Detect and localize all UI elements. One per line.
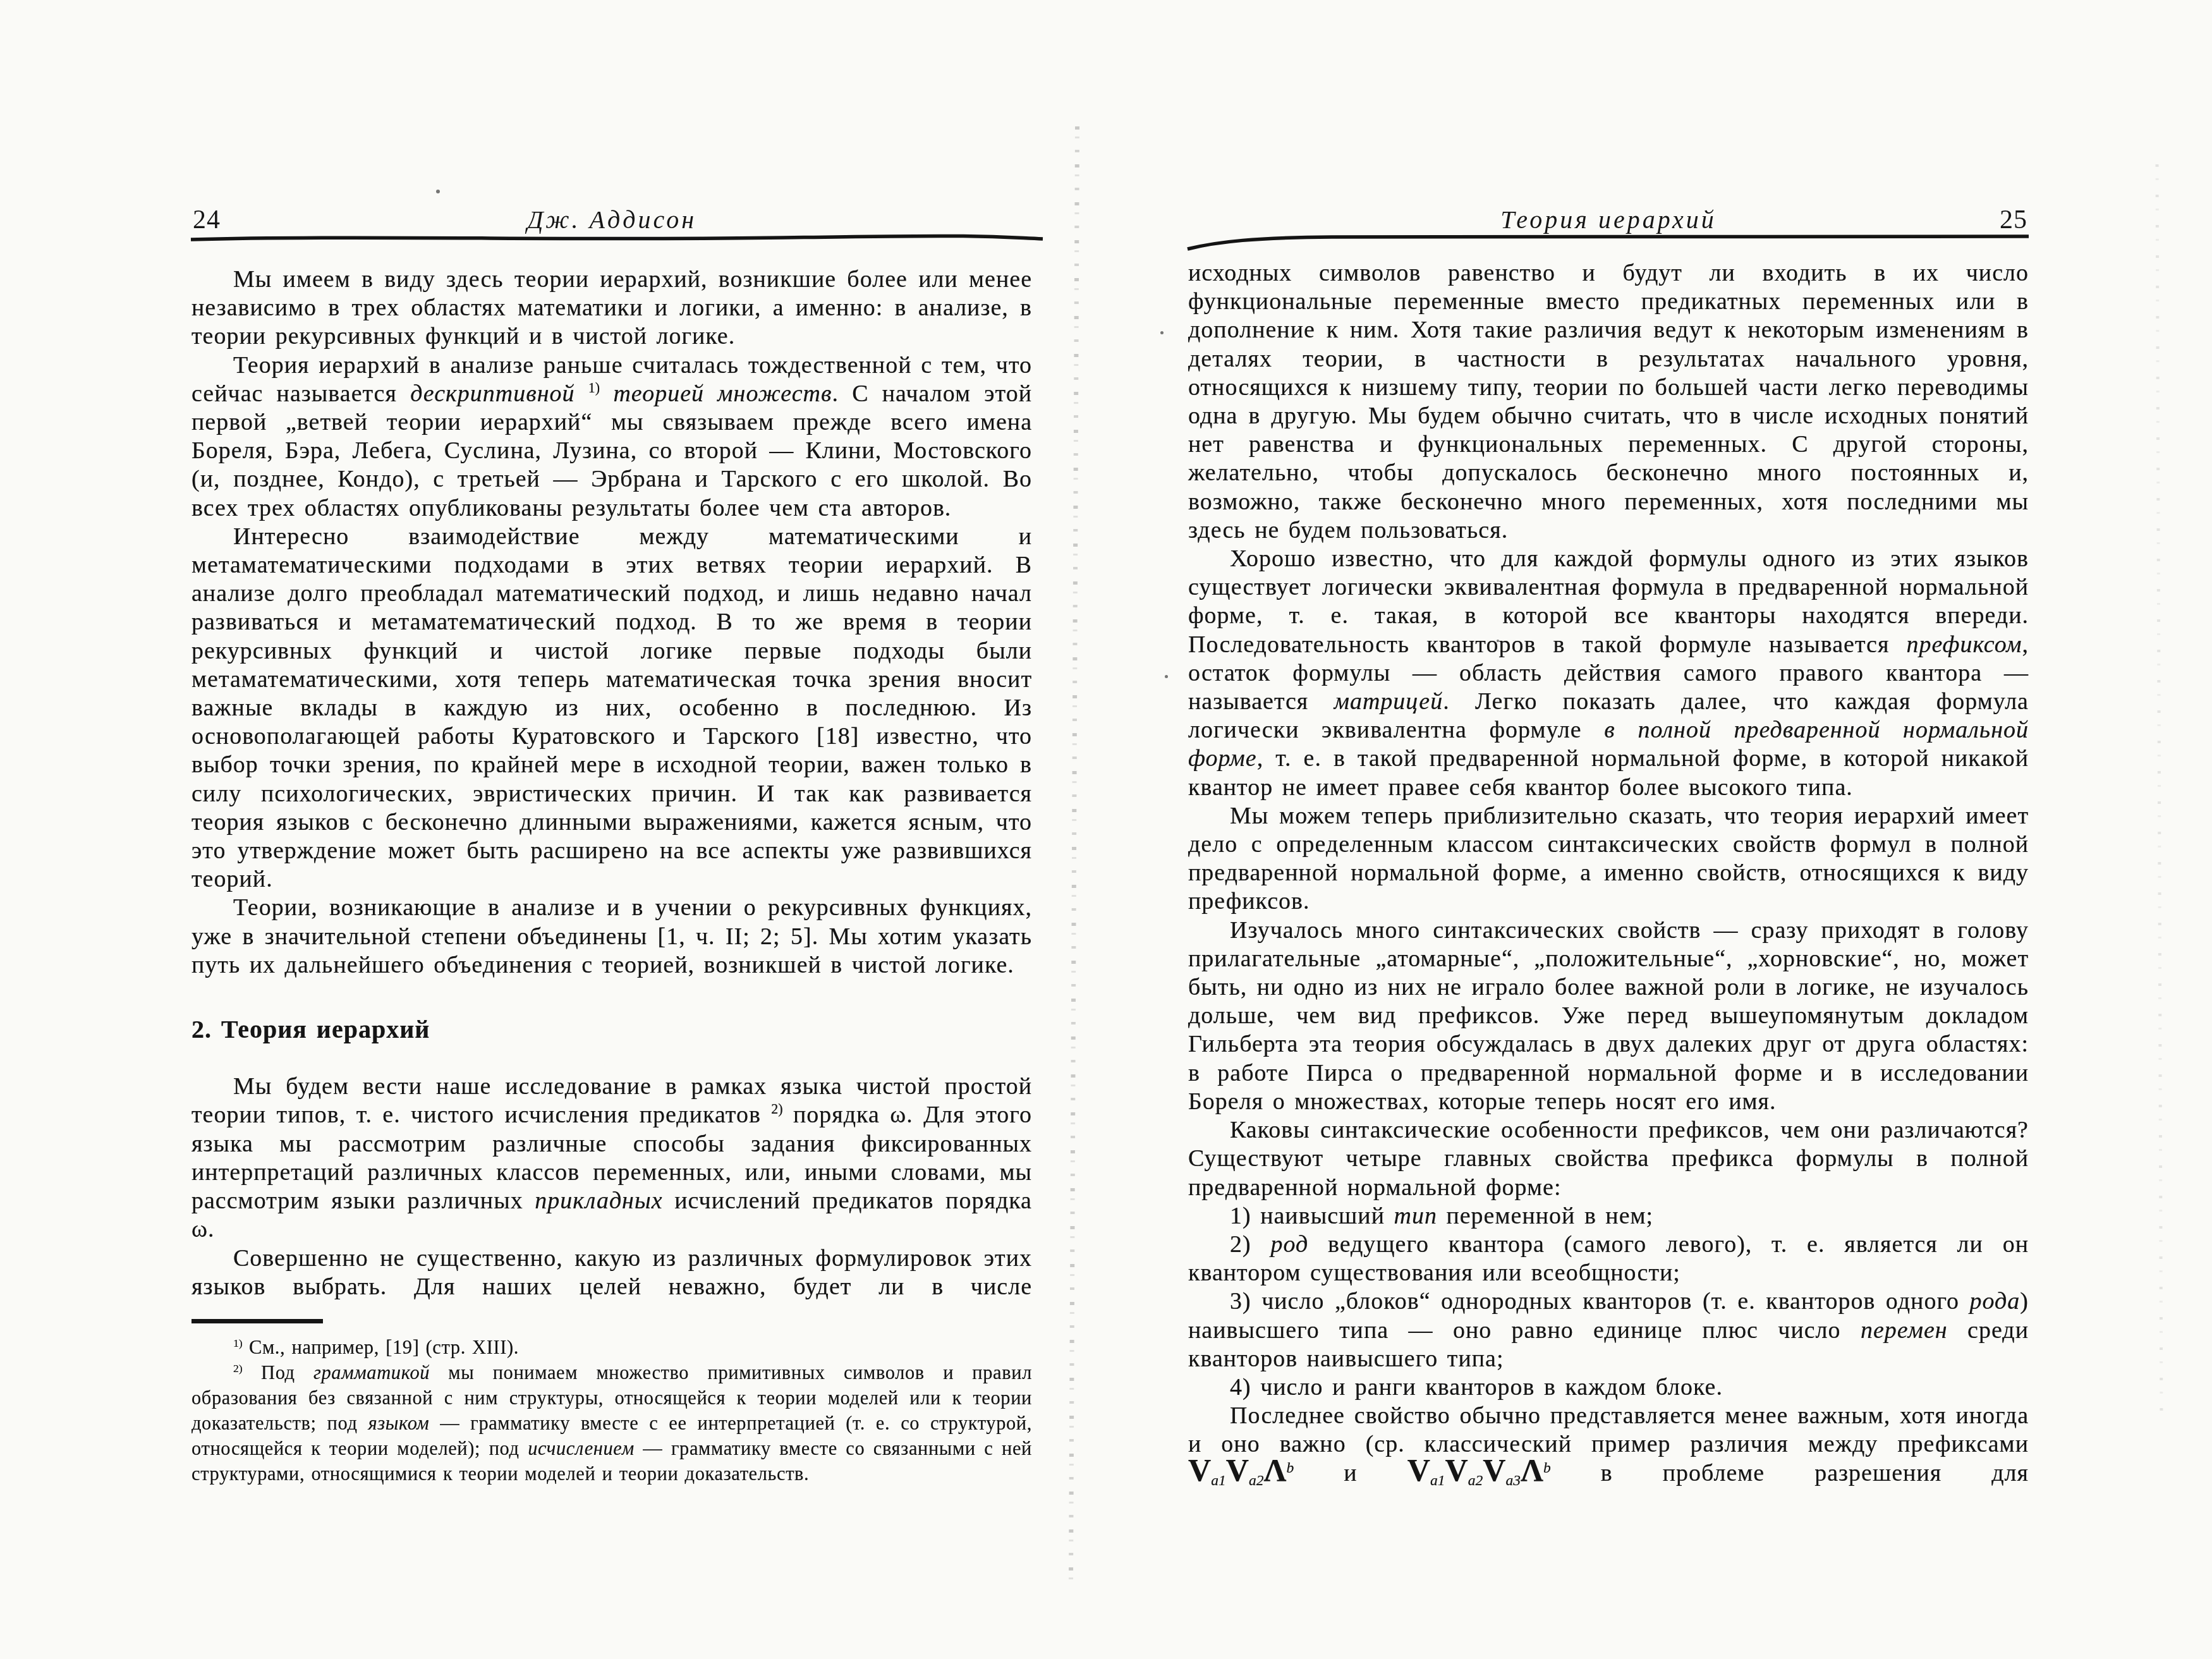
paragraph: Последнее свойство обычно представляется…	[1188, 1402, 2029, 1488]
list-item: 3) число „блоков“ однородных кванторов (…	[1188, 1287, 2029, 1373]
footnotes: 1) См., например, [19] (стр. XIII). 2) П…	[191, 1335, 1032, 1486]
paragraph: Хорошо известно, что для каждой формулы …	[1188, 545, 2029, 802]
scan-speck	[1497, 640, 1499, 642]
header-rule-left	[190, 233, 1044, 247]
scan-speck	[1165, 675, 1168, 678]
footnote-rule	[191, 1319, 323, 1323]
paragraph: Изучалось много синтаксических свойств —…	[1188, 916, 2029, 1116]
footnote: 2) Под грамматикой мы понимаем множество…	[191, 1360, 1032, 1486]
paragraph: Теории, возникающие в анализе и в учении…	[191, 894, 1032, 980]
scan-speck	[1160, 331, 1164, 334]
scan-edge-noise	[2156, 164, 2163, 1416]
running-title-right: Теория иерархий	[1188, 204, 2029, 234]
list-item: 4) число и ранги кванторов в каждом блок…	[1188, 1373, 2029, 1402]
paragraph: Интересно взаимодействие между математич…	[191, 523, 1032, 894]
page-25-body: исходных символов равенство и будут ли в…	[1188, 259, 2029, 1488]
section-heading: 2. Теория иерархий	[191, 1015, 1032, 1043]
list-item: 2) род ведущего квантора (самого левого)…	[1188, 1231, 2029, 1287]
paragraph: исходных символов равенство и будут ли в…	[1188, 259, 2029, 545]
page-number-right: 25	[2000, 205, 2027, 235]
list-item: 1) наивысший тип переменной в нем;	[1188, 1202, 2029, 1231]
page-number-left: 24	[193, 205, 221, 235]
page-24-body: Мы имеем в виду здесь теории иерархий, в…	[191, 265, 1032, 1486]
paragraph: Мы имеем в виду здесь теории иерархий, в…	[191, 265, 1032, 351]
paragraph: Мы будем вести наше исследование в рамка…	[191, 1073, 1032, 1244]
footnote: 1) См., например, [19] (стр. XIII).	[191, 1335, 1032, 1360]
paragraph: Теория иерархий в анализе раньше считала…	[191, 351, 1032, 523]
running-title-left: Дж. Аддисон	[191, 204, 1032, 234]
book-spread-scan: 24 Дж. Аддисон Мы имеем в виду здесь тео…	[0, 0, 2212, 1659]
paragraph: Совершенно не существенно, какую из разл…	[191, 1244, 1032, 1301]
scan-speck	[436, 190, 440, 193]
header-rule-right	[1186, 233, 2030, 255]
scan-gutter-noise	[1069, 126, 1079, 1586]
paragraph: Каковы синтаксические особенности префик…	[1188, 1116, 2029, 1202]
paragraph: Мы можем теперь приблизительно сказать, …	[1188, 802, 2029, 916]
